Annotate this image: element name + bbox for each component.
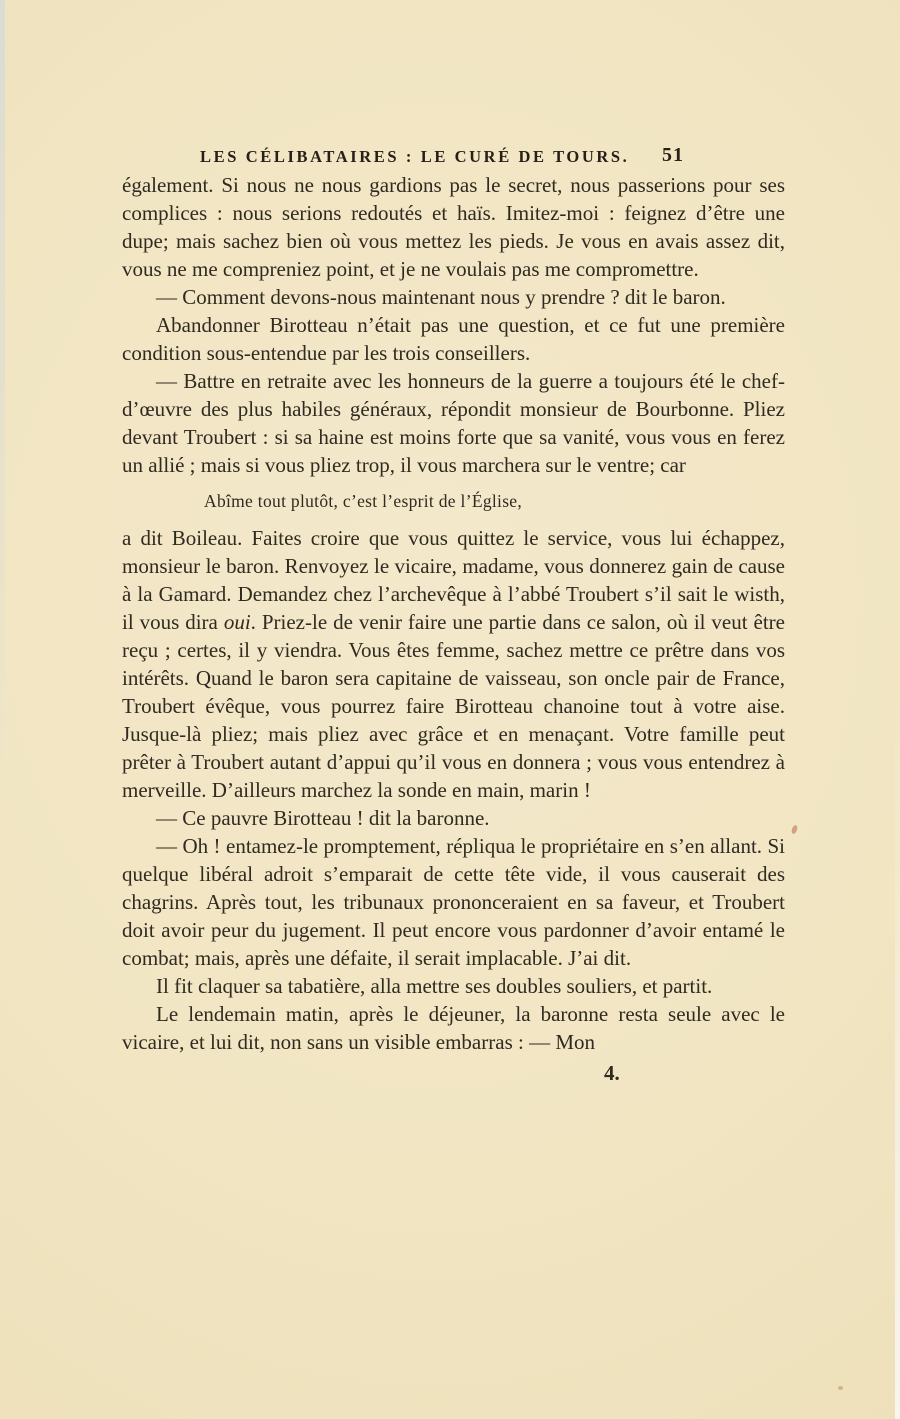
- paragraph-text: — Oh ! entamez-le promptement, répliqua …: [122, 834, 785, 970]
- verse-quote: Abîme tout plutôt, c’est l’esprit de l’É…: [122, 489, 785, 513]
- paragraph-text: . Priez-le de venir faire une partie dan…: [122, 610, 785, 802]
- ink-speck: [838, 1386, 843, 1390]
- paragraph-continuation: a dit Boileau. Faites croire que vous qu…: [122, 524, 785, 804]
- paragraph-dialogue: — Ce pauvre Birotteau ! dit la baronne.: [122, 804, 785, 832]
- book-page-scan: LES CÉLIBATAIRES : LE CURÉ DE TOURS. 51 …: [0, 0, 900, 1419]
- paragraph-text: également. Si nous ne nous gardions pas …: [122, 173, 785, 281]
- paragraph-text: Le lendemain matin, après le déjeuner, l…: [122, 1002, 785, 1054]
- scan-edge-left: [0, 0, 5, 823]
- running-head: LES CÉLIBATAIRES : LE CURÉ DE TOURS. 51: [122, 144, 785, 170]
- ink-speck: [791, 824, 799, 834]
- page-number: 51: [662, 144, 684, 167]
- paragraph-text: Abandonner Birotteau n’était pas une que…: [122, 313, 785, 365]
- paragraph: Il fit claquer sa tabatière, alla mettre…: [122, 972, 785, 1000]
- paragraph-text: — Comment devons-nous maintenant nous y …: [156, 285, 726, 309]
- running-head-title: LES CÉLIBATAIRES : LE CURÉ DE TOURS.: [200, 147, 629, 167]
- paragraph: Abandonner Birotteau n’était pas une que…: [122, 311, 785, 367]
- signature-mark: 4.: [122, 1059, 785, 1087]
- paragraph-text: Il fit claquer sa tabatière, alla mettre…: [156, 974, 712, 998]
- scan-edge-right: [895, 681, 900, 1419]
- paragraph: Le lendemain matin, après le déjeuner, l…: [122, 1000, 785, 1056]
- paragraph-text: — Ce pauvre Birotteau ! dit la baronne.: [156, 806, 490, 830]
- verse-text: Abîme tout plutôt, c’est l’esprit de l’É…: [204, 491, 522, 511]
- paragraph-dialogue: — Comment devons-nous maintenant nous y …: [122, 283, 785, 311]
- paragraph-dialogue: — Oh ! entamez-le promptement, répliqua …: [122, 832, 785, 972]
- paragraph-text: — Battre en retraite avec les honneurs d…: [122, 369, 785, 477]
- paragraph-continuation: également. Si nous ne nous gardions pas …: [122, 171, 785, 283]
- paragraph-dialogue: — Battre en retraite avec les honneurs d…: [122, 367, 785, 479]
- italic-word: oui: [224, 610, 251, 634]
- page-text-block: également. Si nous ne nous gardions pas …: [122, 171, 785, 1087]
